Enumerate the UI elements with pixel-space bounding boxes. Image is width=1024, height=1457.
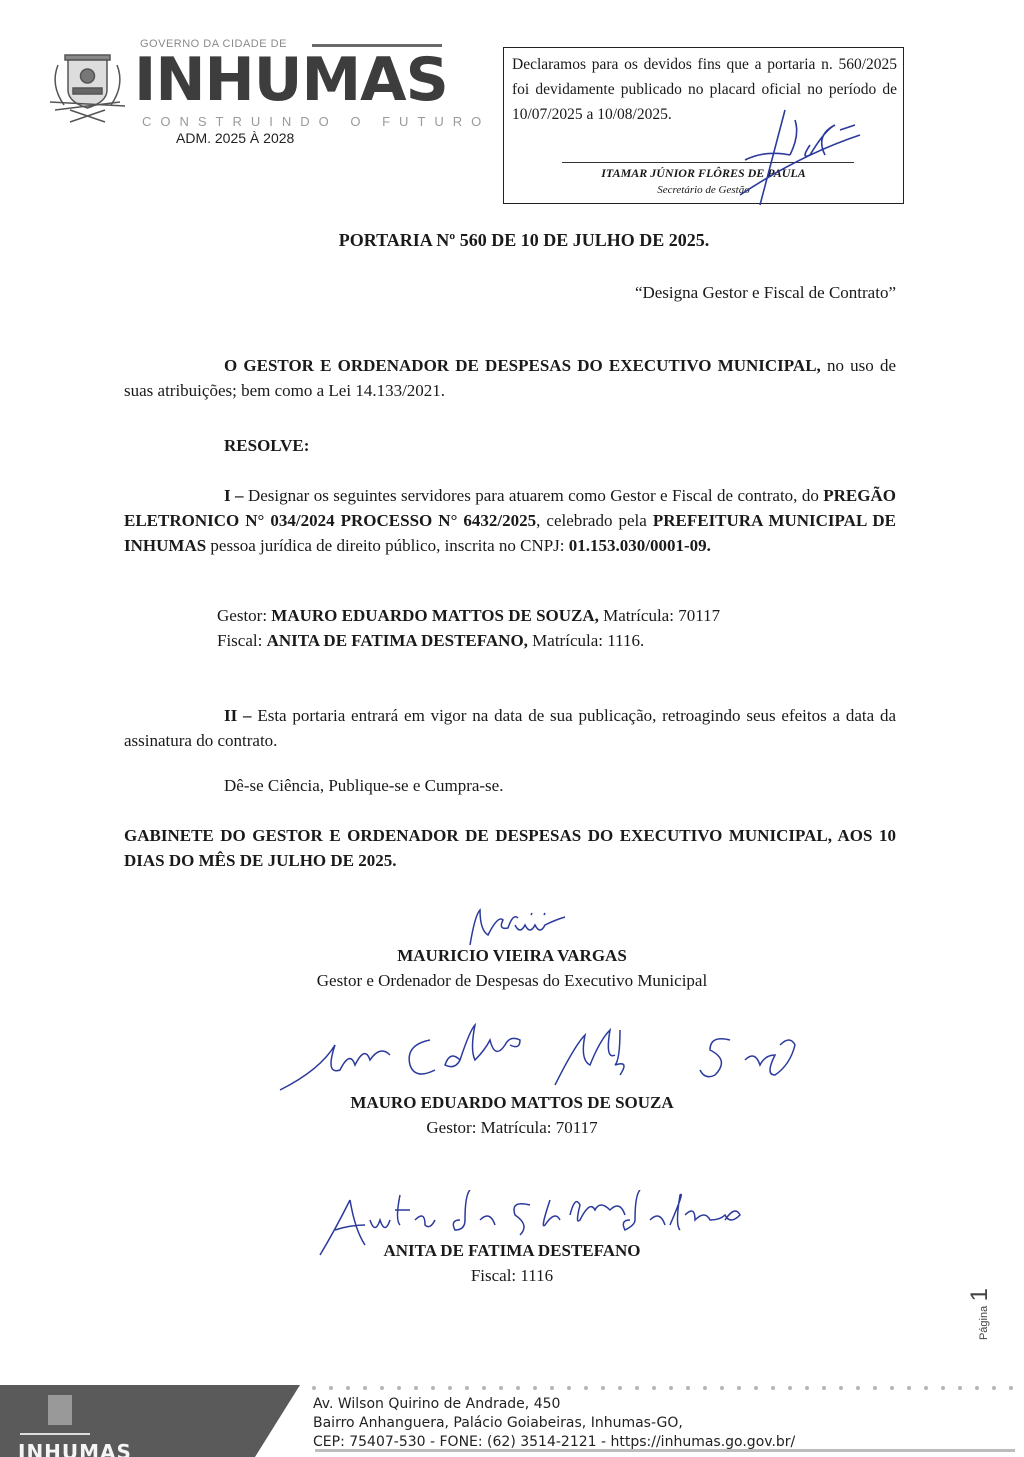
document-title: PORTARIA Nº 560 DE 10 DE JULHO DE 2025. <box>0 230 1024 251</box>
gestor-label: Gestor: <box>217 606 271 625</box>
article-1-number: I – <box>224 486 248 505</box>
signature-mauro-icon <box>270 1020 800 1095</box>
administration-period: ADM. 2025 À 2028 <box>176 130 294 146</box>
article-1: I – Designar os seguintes servidores par… <box>124 483 896 558</box>
article-1-text: Designar os seguintes servidores para at… <box>248 486 823 505</box>
city-crest-icon <box>40 40 135 125</box>
page-label: Página <box>978 1306 990 1340</box>
gestor-matricula: Matrícula: 70117 <box>599 606 720 625</box>
article-2: II – Esta portaria entrará em vigor na d… <box>124 703 896 753</box>
closing-formula: Dê-se Ciência, Publique-se e Cumpra-se. <box>124 773 896 798</box>
fiscal-line: Fiscal: ANITA DE FATIMA DESTEFANO, Matrí… <box>217 628 917 653</box>
footer-rule <box>315 1449 1015 1452</box>
footer-address-line-2: Bairro Anhanguera, Palácio Goiabeiras, I… <box>313 1414 795 1433</box>
fiscal-matricula: Matrícula: 1116. <box>528 631 644 650</box>
signatory-1-name: MAURICIO VIEIRA VARGAS <box>0 943 1024 968</box>
signatory-1-role: Gestor e Ordenador de Despesas do Execut… <box>0 968 1024 993</box>
cnpj-value: 01.153.030/0001-09. <box>569 536 711 555</box>
gestor-name: MAURO EDUARDO MATTOS DE SOUZA, <box>271 606 599 625</box>
fiscal-label: Fiscal: <box>217 631 267 650</box>
signatory-3-role: Fiscal: 1116 <box>0 1263 1024 1288</box>
gestor-line: Gestor: MAURO EDUARDO MATTOS DE SOUZA, M… <box>217 603 917 628</box>
signatory-3: ANITA DE FATIMA DESTEFANO Fiscal: 1116 <box>0 1238 1024 1288</box>
article-1-text: , celebrado pela <box>536 511 653 530</box>
preamble: O GESTOR E ORDENADOR DE DESPESAS DO EXEC… <box>124 353 896 403</box>
article-2-number: II – <box>224 706 257 725</box>
city-logo-text: INHUMAS <box>134 48 448 112</box>
fiscal-name: ANITA DE FATIMA DESTEFANO, <box>267 631 528 650</box>
preamble-authority: O GESTOR E ORDENADOR DE DESPESAS DO EXEC… <box>224 356 821 375</box>
document-ementa: “Designa Gestor e Fiscal de Contrato” <box>635 283 896 303</box>
gabinete-statement: GABINETE DO GESTOR E ORDENADOR DE DESPES… <box>124 823 896 873</box>
signatory-2-name: MAURO EDUARDO MATTOS DE SOUZA <box>0 1090 1024 1115</box>
resolve-heading: RESOLVE: <box>124 433 896 458</box>
footer-logo-text: INHUMAS <box>18 1440 132 1457</box>
city-tagline: CONSTRUINDO O FUTURO <box>142 114 490 129</box>
footer-address: Av. Wilson Quirino de Andrade, 450 Bairr… <box>313 1395 795 1452</box>
signatory-1: MAURICIO VIEIRA VARGAS Gestor e Ordenado… <box>0 943 1024 993</box>
footer-address-line-1: Av. Wilson Quirino de Andrade, 450 <box>313 1395 795 1414</box>
article-1-text: pessoa jurídica de direito público, insc… <box>206 536 569 555</box>
signatory-3-name: ANITA DE FATIMA DESTEFANO <box>0 1238 1024 1263</box>
page-number: 1 <box>966 1288 993 1301</box>
footer-dotted-rule <box>310 1383 1015 1393</box>
page-indicator: Página 1 <box>982 1260 1022 1350</box>
signatory-2: MAURO EDUARDO MATTOS DE SOUZA Gestor: Ma… <box>0 1090 1024 1140</box>
signatory-2-role: Gestor: Matrícula: 70117 <box>0 1115 1024 1140</box>
stamp-signature-icon <box>700 100 880 210</box>
